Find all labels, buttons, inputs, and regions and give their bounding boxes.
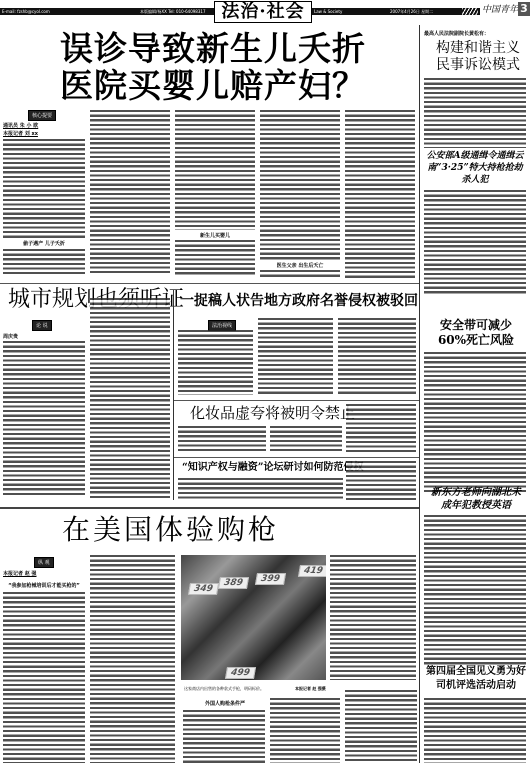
cosmetics-col1 — [178, 426, 266, 452]
price-tag: 349 — [188, 583, 219, 595]
defamation-col3 — [338, 318, 416, 396]
city-planning-tag: 论 说 — [32, 320, 52, 331]
photo-caption: 这家商店内出售的各种款式手枪，明码标价。 — [184, 686, 264, 692]
lead-body-col5 — [345, 110, 415, 280]
lead-byline-1: 通讯员 朱 小 欧 — [3, 122, 38, 129]
section-title: 法治·社会 — [214, 1, 312, 23]
cosmetics-col3 — [346, 404, 416, 454]
header-editor: 本版编辑/杨XX Tel: 010-64098317 — [140, 8, 206, 15]
sidebar-divider — [419, 25, 420, 763]
lead-subhead-1: 偷子遇产 儿子夭折 — [3, 240, 85, 247]
lead-tag: 核心提要 — [28, 110, 56, 121]
price-tag: 419 — [298, 565, 326, 577]
column-divider — [173, 290, 174, 500]
guns-col3b — [270, 698, 340, 763]
guns-headline: 在美国体验购枪 — [62, 512, 279, 548]
sidebar-body-1 — [424, 78, 526, 148]
hatch-decoration — [462, 8, 478, 15]
header-date: 2007年4月26日 星期二 — [390, 8, 433, 15]
lead-body-col3 — [175, 110, 255, 230]
photo-credit: 本报记者 赵 强摄 — [295, 686, 326, 692]
brief-3-body — [424, 515, 526, 665]
price-tag: 389 — [218, 577, 249, 589]
price-tag: 499 — [225, 667, 256, 679]
divider-4 — [0, 507, 419, 509]
header-email: E-mail: fzshb@cyol.com — [2, 8, 50, 15]
lead-subhead-2: 新生儿买婴儿 — [175, 232, 255, 239]
brief-2-body — [424, 352, 526, 492]
guns-subhead-1: “我参加枪械培训后才能买枪的” — [3, 582, 85, 589]
guns-col3 — [183, 710, 265, 763]
brief-1-body — [424, 190, 526, 295]
defamation-headline: 一捉稿人状告地方政府名誉侵权被驳回 — [180, 292, 418, 310]
defamation-col1 — [178, 330, 253, 395]
city-planning-byline: 周庆贵 — [3, 333, 18, 340]
lead-body-col1b — [3, 249, 85, 275]
guns-col4b — [345, 690, 417, 763]
lead-body-col4b — [260, 270, 340, 278]
ip-forum-col2 — [346, 461, 416, 501]
guns-col1 — [3, 592, 85, 763]
cosmetics-col2 — [270, 426, 342, 452]
guns-tag: 纵 观 — [34, 557, 54, 568]
lead-body-col1 — [3, 139, 85, 239]
lead-headline-line1: 误诊导致新生儿夭折 — [60, 30, 366, 68]
brief-4-body — [424, 698, 526, 763]
sidebar-kicker: 最高人民法院副院长黄松有： — [424, 30, 489, 37]
divider-1 — [0, 283, 419, 284]
page-number: 3 — [518, 2, 530, 16]
lead-body-col2 — [90, 110, 170, 275]
guns-col4 — [330, 555, 416, 680]
cosmetics-headline: 化妆品虚夸将被明令禁止 — [190, 404, 355, 422]
ip-forum-col1 — [178, 478, 343, 500]
lead-body-col3b — [175, 240, 255, 275]
guns-col2 — [90, 555, 175, 763]
gun-store-photo: 349 389 399 419 499 — [181, 555, 326, 680]
divider-2 — [174, 400, 419, 401]
price-tag: 399 — [255, 573, 286, 585]
brief-3-headline: 新东方老师向湖北未成年犯教授英语 — [428, 486, 524, 512]
ip-forum-headline: “知识产权与融资”论坛研讨如何防范侵权 — [182, 461, 364, 475]
lead-headline-line2: 医院买婴儿赔产妇？ — [60, 67, 366, 105]
divider-3 — [174, 457, 419, 458]
city-planning-col1 — [3, 341, 85, 496]
lead-body-col4 — [260, 110, 340, 260]
section-title-en: Law & Society — [314, 8, 342, 15]
city-planning-col2 — [90, 298, 170, 498]
brief-2-headline: 安全带可减少60%死亡风险 — [428, 318, 524, 348]
brief-4-headline: 第四届全国见义勇为好司机评选活动启动 — [424, 665, 528, 693]
sidebar-headline: 构建和谐主义民事诉讼模式 — [430, 40, 526, 74]
lead-byline-2: 本报记者 刘 xx — [3, 130, 38, 137]
guns-byline: 本报记者 赵 强 — [3, 570, 36, 577]
defamation-col2 — [258, 318, 333, 396]
lead-subhead-3: 医生父亲 出生后夭亡 — [260, 262, 340, 269]
guns-subhead-2: 外国人购枪条件严 — [185, 700, 265, 707]
brief-1-headline: 公安部A级通缉令通缉云南“3·25”特大持枪抢劫杀人犯 — [424, 150, 526, 186]
